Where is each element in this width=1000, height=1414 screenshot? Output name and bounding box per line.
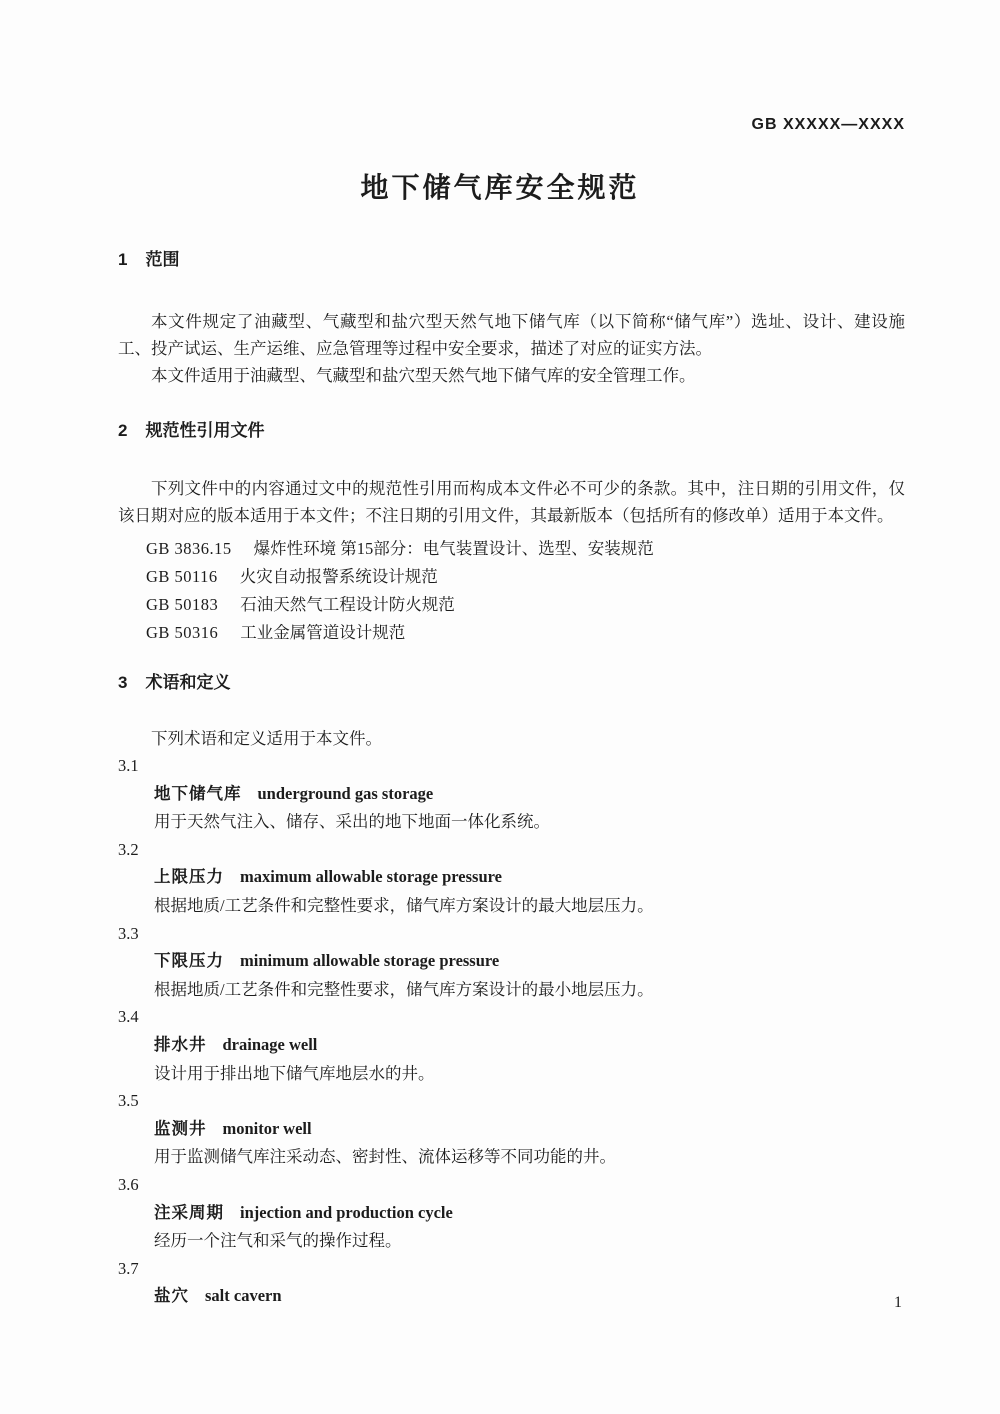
term-block: 3.1 地下储气库underground gas storage 用于天然气注入… <box>118 752 905 836</box>
term-number: 3.6 <box>118 1171 905 1199</box>
term-chinese: 地下储气库 <box>154 785 242 803</box>
term-english: minimum allowable storage pressure <box>240 951 499 970</box>
term-number: 3.4 <box>118 1003 905 1031</box>
term-number: 3.1 <box>118 752 905 780</box>
term-definition: 根据地质/工艺条件和完整性要求，储气库方案设计的最小地层压力。 <box>118 976 905 1004</box>
term-chinese: 排水井 <box>154 1036 207 1054</box>
term-block: 3.3 下限压力minimum allowable storage pressu… <box>118 920 905 1004</box>
term-english: underground gas storage <box>258 784 434 803</box>
term-chinese: 注采周期 <box>154 1204 224 1222</box>
page-title: 地下储气库安全规范 <box>0 166 1000 206</box>
standard-number: GB XXXXX—XXXX <box>752 116 906 134</box>
term-block: 3.2 上限压力maximum allowable storage pressu… <box>118 836 905 920</box>
terms-intro-paragraph: 下列术语和定义适用于本文件。 <box>118 725 905 752</box>
term-number: 3.3 <box>118 920 905 948</box>
reference-title: 火灾自动报警系统设计规范 <box>240 567 438 586</box>
section-2-heading: 2规范性引用文件 <box>118 419 905 443</box>
term-english: maximum allowable storage pressure <box>240 867 502 886</box>
term-block: 3.6 注采周期injection and production cycle 经… <box>118 1171 905 1255</box>
term-definition: 用于监测储气库注采动态、密封性、流体运移等不同功能的井。 <box>118 1143 905 1171</box>
scope-paragraph-2: 本文件适用于油藏型、气藏型和盐穴型天然气地下储气库的安全管理工作。 <box>118 362 905 389</box>
term-line: 注采周期injection and production cycle <box>118 1199 905 1228</box>
section-3-number: 3 <box>118 673 127 692</box>
term-number: 3.7 <box>118 1255 905 1283</box>
scope-paragraph-1: 本文件规定了油藏型、气藏型和盐穴型天然气地下储气库（以下简称“储气库”）选址、设… <box>118 308 905 362</box>
term-line: 地下储气库underground gas storage <box>118 780 905 809</box>
term-number: 3.5 <box>118 1087 905 1115</box>
section-1-title: 范围 <box>145 250 179 269</box>
reference-item: GB 3836.15爆炸性环境 第15部分：电气装置设计、选型、安装规范 <box>118 535 905 563</box>
term-chinese: 下限压力 <box>154 952 224 970</box>
reference-code: GB 3836.15 <box>146 539 232 558</box>
reference-item: GB 50316工业金属管道设计规范 <box>118 619 905 647</box>
term-chinese: 监测井 <box>154 1120 207 1138</box>
section-2-number: 2 <box>118 421 127 440</box>
section-2-title: 规范性引用文件 <box>145 421 264 440</box>
section-1-number: 1 <box>118 250 127 269</box>
term-block: 3.7 盐穴salt cavern <box>118 1255 905 1311</box>
term-chinese: 盐穴 <box>154 1287 189 1305</box>
term-definition: 用于天然气注入、储存、采出的地下地面一体化系统。 <box>118 808 905 836</box>
document-page: GB XXXXX—XXXX 地下储气库安全规范 1范围 本文件规定了油藏型、气藏… <box>0 0 1000 1414</box>
term-english: monitor well <box>223 1119 312 1138</box>
term-definition: 根据地质/工艺条件和完整性要求，储气库方案设计的最大地层压力。 <box>118 892 905 920</box>
term-line: 下限压力minimum allowable storage pressure <box>118 947 905 976</box>
section-3-heading: 3术语和定义 <box>118 671 905 695</box>
term-english: drainage well <box>223 1035 318 1054</box>
reference-title: 工业金属管道设计规范 <box>240 623 405 642</box>
section-1-heading: 1范围 <box>118 248 905 272</box>
term-block: 3.4 排水井drainage well 设计用于排出地下储气库地层水的井。 <box>118 1003 905 1087</box>
term-definition: 设计用于排出地下储气库地层水的井。 <box>118 1060 905 1088</box>
term-english: injection and production cycle <box>240 1203 453 1222</box>
term-number: 3.2 <box>118 836 905 864</box>
reference-item: GB 50183石油天然气工程设计防火规范 <box>118 591 905 619</box>
reference-title: 石油天然气工程设计防火规范 <box>240 595 455 614</box>
term-line: 监测井monitor well <box>118 1115 905 1144</box>
term-block: 3.5 监测井monitor well 用于监测储气库注采动态、密封性、流体运移… <box>118 1087 905 1171</box>
term-line: 排水井drainage well <box>118 1031 905 1060</box>
term-line: 盐穴salt cavern <box>118 1282 905 1311</box>
reference-title: 爆炸性环境 第15部分：电气装置设计、选型、安装规范 <box>254 539 654 558</box>
section-3-title: 术语和定义 <box>145 673 230 692</box>
reference-code: GB 50116 <box>146 567 218 586</box>
term-english: salt cavern <box>205 1286 282 1305</box>
reference-code: GB 50183 <box>146 595 218 614</box>
reference-item: GB 50116火灾自动报警系统设计规范 <box>118 563 905 591</box>
reference-code: GB 50316 <box>146 623 218 642</box>
term-chinese: 上限压力 <box>154 868 224 886</box>
references-intro-paragraph: 下列文件中的内容通过文中的规范性引用而构成本文件必不可少的条款。其中，注日期的引… <box>118 475 905 529</box>
reference-list: GB 3836.15爆炸性环境 第15部分：电气装置设计、选型、安装规范 GB … <box>118 535 905 647</box>
page-number: 1 <box>894 1294 902 1312</box>
term-line: 上限压力maximum allowable storage pressure <box>118 863 905 892</box>
term-definition: 经历一个注气和采气的操作过程。 <box>118 1227 905 1255</box>
terms-list: 3.1 地下储气库underground gas storage 用于天然气注入… <box>118 752 905 1311</box>
